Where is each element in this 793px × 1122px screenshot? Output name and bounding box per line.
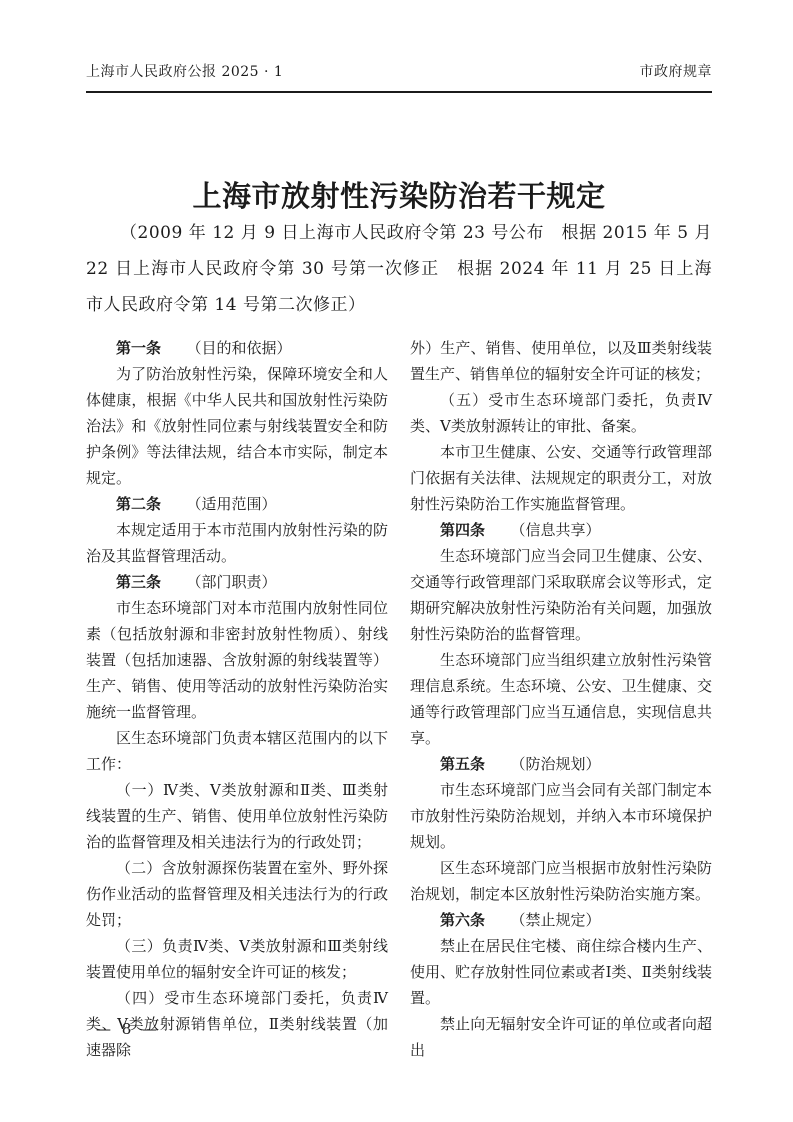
article-title: （禁止规定）	[511, 911, 601, 929]
paragraph: （五）受市生态环境部门委托，负责Ⅳ类、Ⅴ类放射源转让的审批、备案。	[410, 387, 712, 439]
paragraph: 本规定适用于本市范围内放射性污染的防治及其监督管理活动。	[86, 517, 388, 569]
promulgation-note: （2009 年 12 月 9 日上海市人民政府令第 23 号公布 根据 2015…	[86, 215, 712, 323]
article-heading: 第三条（部门职责）	[86, 569, 388, 595]
article-title: （防治规划）	[511, 755, 601, 773]
paragraph: 生态环境部门应当组织建立放射性污染管理信息系统。生态环境、公安、卫生健康、交通等…	[410, 647, 712, 751]
right-column: 外）生产、销售、使用单位，以及Ⅲ类射线装置生产、销售单位的辐射安全许可证的核发；…	[410, 335, 712, 1063]
paragraph: 区生态环境部门应当根据市放射性污染防治规划，制定本区放射性污染防治实施方案。	[410, 855, 712, 907]
paragraph: （一）Ⅳ类、Ⅴ类放射源和Ⅱ类、Ⅲ类射线装置的生产、销售、使用单位放射性污染防治的…	[86, 777, 388, 855]
running-header: 上海市人民政府公报 2025 · 1 市政府规章	[86, 61, 712, 93]
article-heading: 第一条（目的和依据）	[86, 335, 388, 361]
article-heading: 第二条（适用范围）	[86, 491, 388, 517]
paragraph: 市生态环境部门应当会同有关部门制定本市放射性污染防治规划，并纳入本市环境保护规划…	[410, 777, 712, 855]
paragraph: （二）含放射源探伤装置在室外、野外探伤作业活动的监督管理及相关违法行为的行政处罚…	[86, 855, 388, 933]
paragraph: 本市卫生健康、公安、交通等行政管理部门依据有关法律、法规规定的职责分工，对放射性…	[410, 439, 712, 517]
article-number: 第三条	[116, 573, 161, 591]
article-title: （信息共享）	[511, 521, 601, 539]
paragraph: 禁止在居民住宅楼、商住综合楼内生产、使用、贮存放射性同位素或者Ⅰ类、Ⅱ类射线装置…	[410, 933, 712, 1011]
paragraph: 为了防治放射性污染，保障环境安全和人体健康，根据《中华人民共和国放射性污染防治法…	[86, 361, 388, 491]
body-columns: 第一条（目的和依据）为了防治放射性污染，保障环境安全和人体健康，根据《中华人民共…	[86, 335, 712, 1063]
paragraph: 市生态环境部门对本市范围内放射性同位素（包括放射源和非密封放射性物质）、射线装置…	[86, 595, 388, 725]
paragraph: 外）生产、销售、使用单位，以及Ⅲ类射线装置生产、销售单位的辐射安全许可证的核发；	[410, 335, 712, 387]
paragraph: 区生态环境部门负责本辖区范围内的以下工作：	[86, 725, 388, 777]
paragraph: 生态环境部门应当会同卫生健康、公安、交通等行政管理部门采取联席会议等形式，定期研…	[410, 543, 712, 647]
article-heading: 第四条（信息共享）	[410, 517, 712, 543]
gazette-issue-label: 上海市人民政府公报 2025 · 1	[86, 61, 283, 81]
left-column: 第一条（目的和依据）为了防治放射性污染，保障环境安全和人体健康，根据《中华人民共…	[86, 335, 388, 1063]
article-heading: 第五条（防治规划）	[410, 751, 712, 777]
article-number: 第二条	[116, 495, 161, 513]
section-label: 市政府规章	[640, 61, 713, 81]
paragraph: （三）负责Ⅳ类、Ⅴ类放射源和Ⅲ类射线装置使用单位的辐射安全许可证的核发；	[86, 933, 388, 985]
article-title: （部门职责）	[187, 573, 277, 591]
article-title: （适用范围）	[187, 495, 277, 513]
article-number: 第四条	[440, 521, 485, 539]
article-heading: 第六条（禁止规定）	[410, 907, 712, 933]
article-title: （目的和依据）	[187, 339, 292, 357]
document-title: 上海市放射性污染防治若干规定	[86, 182, 712, 211]
article-number: 第五条	[440, 755, 485, 773]
gazette-page: 上海市人民政府公报 2025 · 1 市政府规章 上海市放射性污染防治若干规定 …	[0, 0, 793, 1122]
paragraph: 禁止向无辐射安全许可证的单位或者向超出	[410, 1011, 712, 1063]
article-number: 第一条	[116, 339, 161, 357]
article-number: 第六条	[440, 911, 485, 929]
page-number: — 8 —	[96, 1020, 160, 1038]
